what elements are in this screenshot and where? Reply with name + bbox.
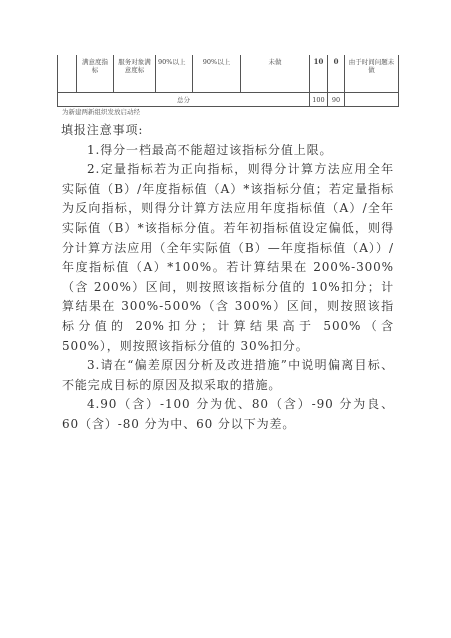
score-cell: 0: [328, 55, 345, 93]
status-cell: 未做: [241, 55, 310, 93]
annual-target-cell: 90%以上: [156, 55, 193, 93]
instruction-item-4: 4.90（含）-100 分为优、80（含）-90 分为良、60（含）-80 分为…: [62, 395, 394, 434]
indicator-type-cell: 满意度指标: [77, 55, 114, 93]
indicator-name-cell: 服务对象满意度标: [114, 55, 156, 93]
total-score-cell: 90: [328, 93, 345, 107]
table-row-satisfaction: 满意度指标 服务对象满意度标 90%以上 90%以上 未做 10 0 由于时间问…: [58, 55, 399, 93]
instructions-section: 填报注意事项: 1.得分一档最高不能超过该指标分值上限。 2.定量指标若为正向指…: [62, 121, 394, 435]
instruction-item-3: 3.请在“偏差原因分析及改进措施”中说明偏离目标、不能完成目标的原因及拟采取的措…: [62, 356, 394, 395]
total-remark-cell: [345, 93, 399, 107]
performance-table: 满意度指标 服务对象满意度标 90%以上 90%以上 未做 10 0 由于时间问…: [57, 55, 399, 107]
table-row-total: 总分 100 90: [58, 93, 399, 107]
total-weight-cell: 100: [310, 93, 328, 107]
instructions-heading: 填报注意事项:: [61, 121, 394, 141]
instruction-item-1: 1.得分一档最高不能超过该指标分值上限。: [62, 141, 394, 161]
actual-value-cell: 90%以上: [193, 55, 241, 93]
category-cell: [58, 55, 77, 93]
table-footnote: 为新建两新组织发放启动经: [62, 107, 140, 116]
deviation-reason-cell: 由于时间问题未做: [345, 55, 399, 93]
weight-cell: 10: [310, 55, 328, 93]
instruction-item-2: 2.定量指标若为正向指标，则得分计算方法应用全年实际值（B）/年度指标值（A）*…: [62, 160, 394, 356]
total-label-cell: 总分: [58, 93, 310, 107]
